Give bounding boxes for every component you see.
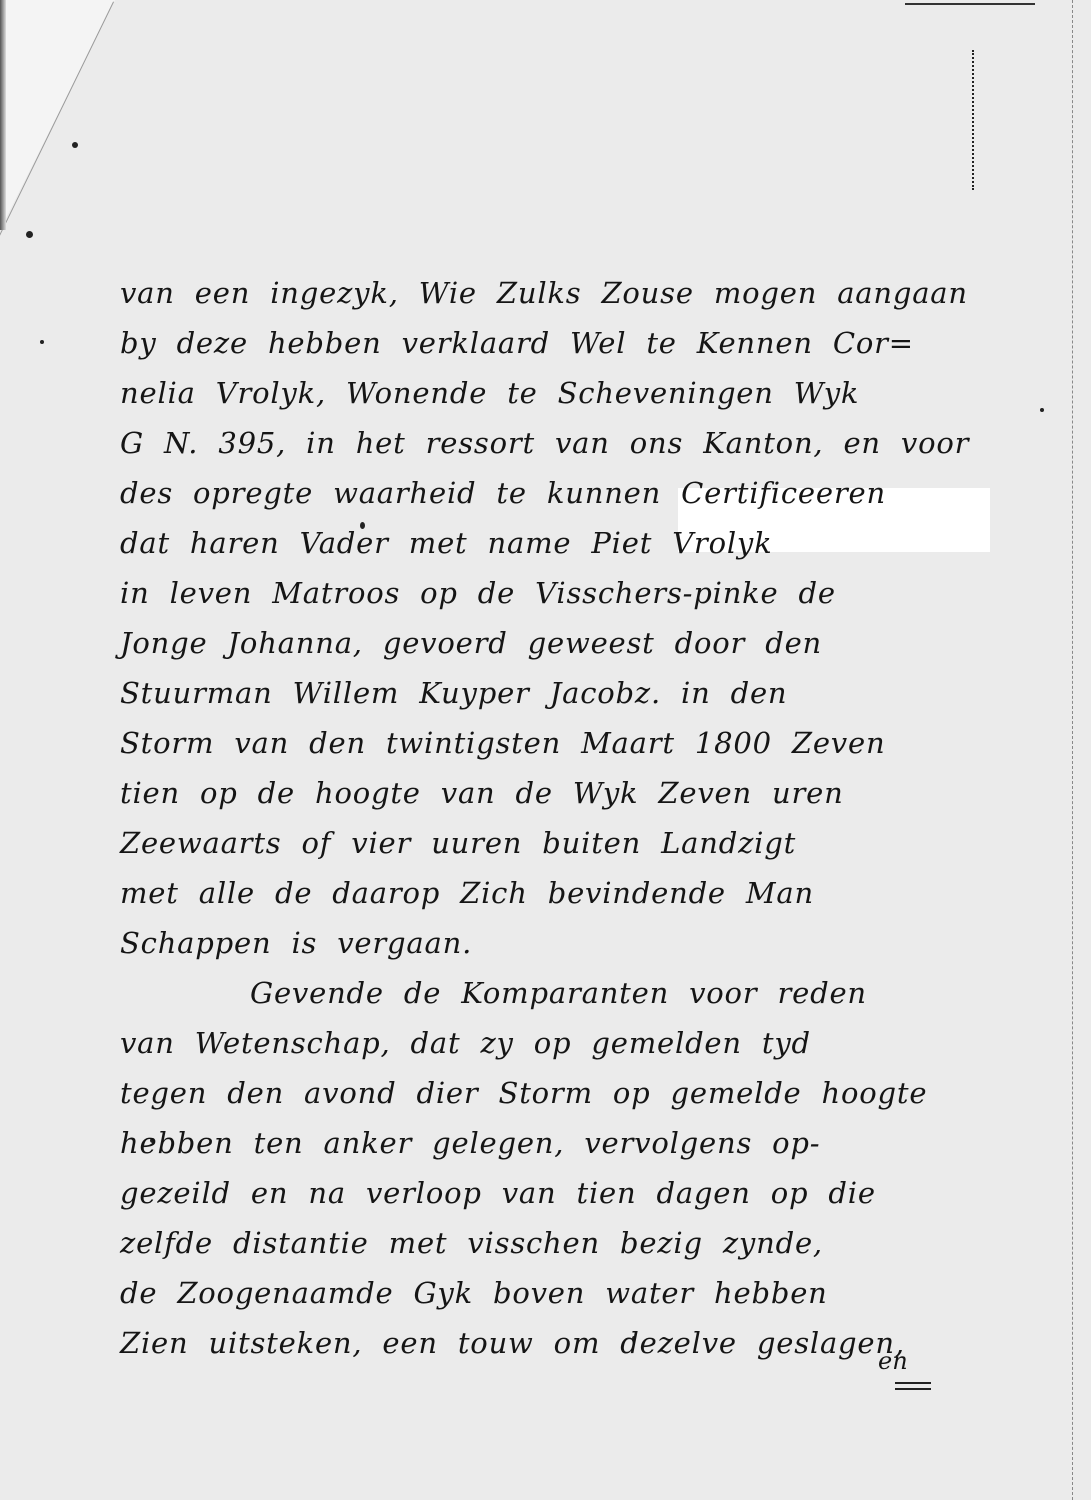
manuscript-line: hebben ten anker gelegen, vervolgens op-	[120, 1118, 980, 1168]
scan-edge-shadow	[0, 0, 6, 230]
manuscript-text: van een ingezyk, Wie Zulks Zouse mogen a…	[120, 268, 980, 1368]
catchword-double-rule	[895, 1382, 931, 1390]
manuscript-line: Schappen is vergaan.	[120, 918, 980, 968]
right-margin-crease	[1072, 0, 1074, 1500]
manuscript-line: des opregte waarheid te kunnen Certifice…	[120, 468, 980, 518]
manuscript-line: by deze hebben verklaard Wel te Kennen C…	[120, 318, 980, 368]
manuscript-line: in leven Matroos op de Visschers-pinke d…	[120, 568, 980, 618]
manuscript-line: Stuurman Willem Kuyper Jacobz. in den	[120, 668, 980, 718]
manuscript-line: Zien uitsteken, een touw om dezelve gesl…	[120, 1318, 980, 1368]
manuscript-line: zelfde distantie met visschen bezig zynd…	[120, 1218, 980, 1268]
manuscript-line: gezeild en na verloop van tien dagen op …	[120, 1168, 980, 1218]
manuscript-line: dat haren Vader met name Piet Vrolyk	[120, 518, 980, 568]
manuscript-line: Storm van den twintigsten Maart 1800 Zev…	[120, 718, 980, 768]
margin-fold-marks	[972, 50, 976, 190]
catchword: en	[878, 1347, 908, 1375]
ink-speck	[1040, 408, 1044, 412]
manuscript-line: Zeewaarts of vier uuren buiten Landzigt	[120, 818, 980, 868]
manuscript-line: met alle de daarop Zich bevindende Man	[120, 868, 980, 918]
top-edge-mark	[905, 3, 1035, 5]
ink-speck	[26, 231, 33, 238]
manuscript-line: van Wetenschap, dat zy op gemelden tyd	[120, 1018, 980, 1068]
manuscript-line: tegen den avond dier Storm op gemelde ho…	[120, 1068, 980, 1118]
scanned-page: van een ingezyk, Wie Zulks Zouse mogen a…	[0, 0, 1091, 1500]
manuscript-line: van een ingezyk, Wie Zulks Zouse mogen a…	[120, 268, 980, 318]
ink-speck	[72, 142, 78, 148]
manuscript-line: de Zoogenaamde Gyk boven water hebben	[120, 1268, 980, 1318]
manuscript-line: nelia Vrolyk, Wonende te Scheveningen Wy…	[120, 368, 980, 418]
ink-speck	[40, 340, 44, 344]
manuscript-paragraph-start: Gevende de Komparanten voor reden	[120, 968, 980, 1018]
manuscript-line: G N. 395, in het ressort van ons Kanton,…	[120, 418, 980, 468]
manuscript-line: tien op de hoogte van de Wyk Zeven uren	[120, 768, 980, 818]
manuscript-line: Jonge Johanna, gevoerd geweest door den	[120, 618, 980, 668]
